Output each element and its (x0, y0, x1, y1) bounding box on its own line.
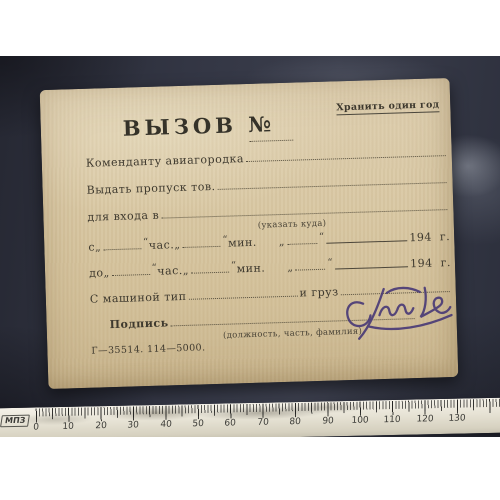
entry-place-hint: (указать куда) (258, 219, 327, 231)
dotted-line (189, 296, 298, 300)
open-quote: „ (174, 238, 181, 251)
ruler-number: 50 (192, 419, 204, 429)
ruler-number: 30 (127, 420, 139, 430)
year-number: 194 (410, 257, 433, 271)
close-quote: “ (143, 237, 149, 248)
dotted-line (218, 182, 447, 190)
ruler: МПЗ 0102030405060708090100110120130 (0, 398, 500, 437)
signature-label: Подпись (109, 316, 168, 331)
pass-form-paper: ВЫЗОВ № Хранить один год Коменданту авиа… (40, 78, 459, 389)
form-title: ВЫЗОВ № (122, 111, 275, 141)
photo-of-document: ВЫЗОВ № Хранить один год Коменданту авиа… (0, 0, 500, 500)
ruler-number: 90 (322, 416, 334, 426)
hours-label: час. (157, 264, 183, 278)
ruler-number: 0 (33, 422, 39, 432)
ruler-number: 20 (95, 421, 107, 431)
open-quote: „ (95, 240, 102, 253)
close-quote: “ (327, 258, 333, 269)
open-quote: „ (279, 235, 286, 248)
open-quote: „ (287, 261, 294, 274)
form-row-commandant: Коменданту авиагородка (86, 146, 448, 170)
close-quote: “ (231, 260, 237, 271)
dotted-line (161, 209, 447, 218)
dotted-line (296, 269, 326, 271)
handwritten-signature (331, 277, 473, 345)
dotted-line (112, 274, 150, 276)
form-row-issue-pass: Выдать пропуск тов. (86, 173, 448, 197)
machine-label: С машиной тип (90, 290, 187, 306)
dotted-line (191, 272, 229, 274)
year-suffix: г. (440, 230, 451, 243)
solid-line (335, 266, 408, 269)
open-quote: „ (103, 266, 110, 279)
spacer (265, 271, 287, 272)
close-quote: “ (151, 263, 157, 274)
entry-place-label: для входа в (87, 209, 159, 224)
close-quote: “ (222, 235, 228, 246)
issue-pass-label: Выдать пропуск тов. (86, 180, 215, 197)
dotted-line (103, 248, 141, 250)
ruler-number: 100 (351, 416, 369, 426)
ruler-brand-logo: МПЗ (0, 415, 30, 428)
dotted-line (246, 155, 446, 162)
solid-line (327, 240, 408, 243)
open-quote: „ (183, 264, 190, 277)
ruler-number: 120 (416, 414, 434, 424)
print-code: Г—35514. 114—5000. (91, 342, 205, 356)
ruler-number: 40 (160, 420, 172, 430)
commandant-label: Коменданту авиагородка (86, 152, 244, 170)
dotted-line (287, 243, 317, 245)
ruler-number: 110 (384, 415, 402, 425)
ruler-number: 10 (63, 422, 75, 432)
to-label: до (89, 266, 104, 279)
year-suffix: г. (440, 256, 451, 269)
year-number: 194 (409, 231, 432, 245)
close-quote: “ (319, 232, 325, 243)
spacer (257, 245, 279, 246)
ruler-number: 80 (289, 417, 301, 427)
minutes-label: мин. (236, 262, 265, 276)
dotted-line (183, 246, 221, 248)
keep-one-year-note: Хранить один год (336, 99, 439, 115)
ruler-number: 130 (448, 414, 466, 424)
hours-label: час. (149, 238, 175, 252)
ruler-number: 70 (257, 418, 269, 428)
form-row-time-from: с „ “ час. „ “ мин. „ “ 194 г. (88, 230, 450, 254)
photo-dark-background: ВЫЗОВ № Хранить один год Коменданту авиа… (0, 56, 500, 437)
ruler-number: 60 (224, 418, 236, 428)
form-row-time-to: до „ “ час. „ “ мин. „ “ 194 г. (89, 256, 451, 280)
title-number-dotted-line (249, 140, 293, 142)
minutes-label: мин. (228, 236, 257, 250)
